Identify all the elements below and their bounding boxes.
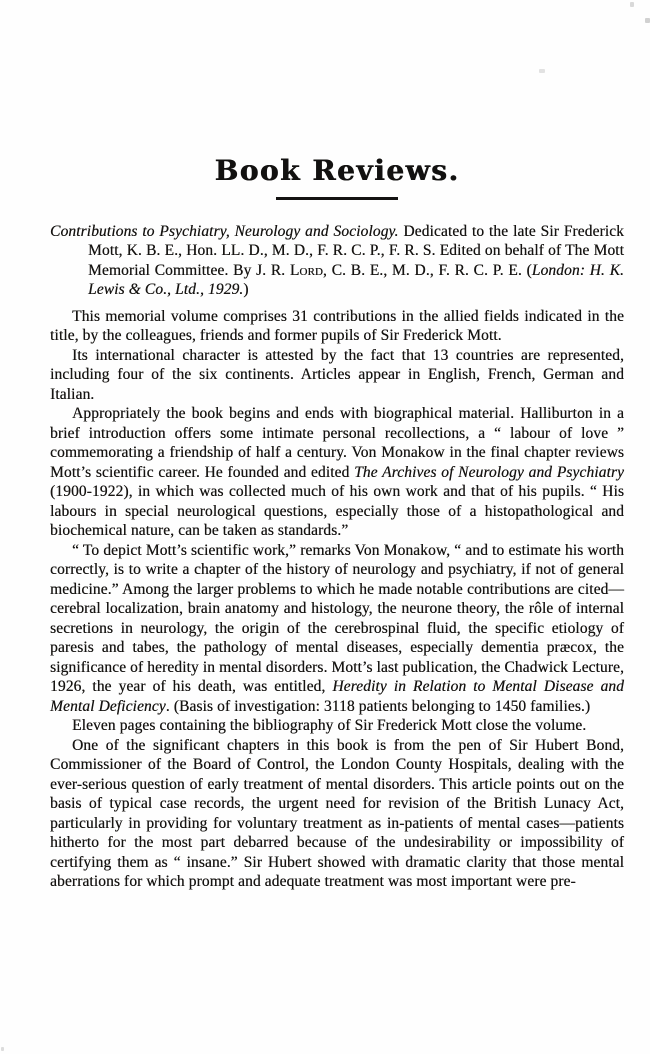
text-segment: Eleven pages containing the bibliography… [72, 717, 586, 734]
text-segment: (1900-1922), in which was collected much… [50, 483, 624, 539]
body-paragraph: Eleven pages containing the bibliography… [50, 716, 624, 736]
body-paragraph: Its international character is attested … [50, 346, 624, 405]
scanned-book-page: Book Reviews. Contributions to Psychiatr… [0, 0, 650, 1054]
citation-paragraph: Contributions to Psychiatry, Neurology a… [50, 222, 624, 300]
text-segment: This memorial volume comprises 31 contri… [50, 308, 624, 345]
body-paragraph: This memorial volume comprises 31 contri… [50, 307, 624, 346]
text-segment: One of the significant chapters in this … [50, 737, 624, 891]
text-block: Book Reviews. Contributions to Psychiatr… [50, 155, 624, 892]
scan-artifact [630, 2, 634, 7]
scan-artifact [539, 69, 545, 73]
text-segment: Its international character is attested … [50, 347, 624, 403]
text-segment: “ To depict Mott’s scientific work,” rem… [50, 542, 624, 696]
scan-artifact [645, 18, 650, 23]
text-segment: The Archives of Neurology and Psychiatry [354, 464, 624, 481]
scan-artifact [1, 1047, 4, 1051]
text-segment: , C. B. E., M. D., F. R. C. P. E. ( [323, 262, 532, 279]
text-segment: ) [243, 281, 248, 298]
text-segment: Lord [290, 262, 323, 279]
text-segment: . (Basis of investigation: 3118 patients… [166, 698, 590, 715]
page-title: Book Reviews. [50, 155, 624, 187]
body-paragraph: “ To depict Mott’s scientific work,” rem… [50, 541, 624, 717]
body-paragraph: One of the significant chapters in this … [50, 736, 624, 892]
review-content: Contributions to Psychiatry, Neurology a… [50, 222, 624, 892]
text-segment: Contributions to Psychiatry, Neurology a… [50, 223, 399, 240]
body-paragraph: Appropriately the book begins and ends w… [50, 404, 624, 541]
title-divider [276, 197, 398, 200]
